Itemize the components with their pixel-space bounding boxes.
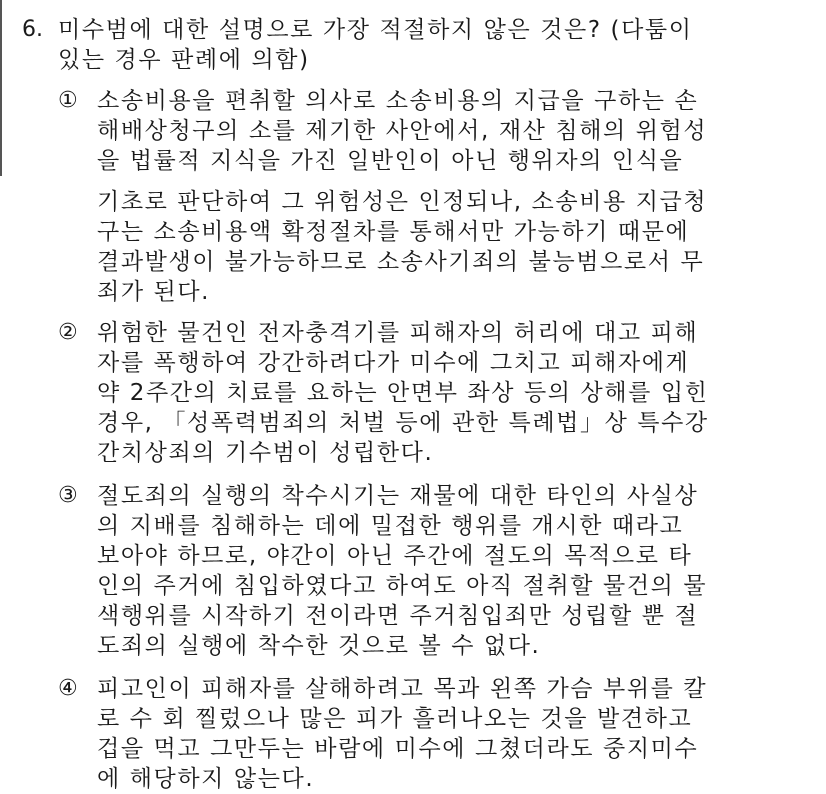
option-2-line: 간치상죄의 기수범이 성립한다. xyxy=(97,438,433,468)
question-number: 6. xyxy=(22,15,43,45)
left-border-rule xyxy=(0,0,2,176)
option-3-line: 색행위를 시작하기 전이라면 주거침입죄만 성립할 뿐 절 xyxy=(97,601,698,631)
option-2-line: 위험한 물건인 전자충격기를 피해자의 허리에 대고 피해 xyxy=(97,318,698,348)
option-1-line: 죄가 된다. xyxy=(97,277,210,307)
option-marker-1: ① xyxy=(58,86,78,116)
option-1-line: 기초로 판단하여 그 위험성은 인정되나, 소송비용 지급청 xyxy=(97,187,707,217)
option-4-line: 에 해당하지 않는다. xyxy=(97,764,314,794)
option-1-line: 소송비용을 편취할 의사로 소송비용의 지급을 구하는 손 xyxy=(97,86,698,116)
option-4-line: 겁을 먹고 그만두는 바람에 미수에 그쳤더라도 중지미수 xyxy=(97,734,698,764)
question-text-line: 미수범에 대한 설명으로 가장 적절하지 않은 것은? (다툼이 xyxy=(58,15,693,45)
option-3-line: 인의 주거에 침입하였다고 하여도 아직 절취할 물건의 물 xyxy=(97,571,707,601)
option-3-line: 보아야 하므로, 야간이 아닌 주간에 절도의 목적으로 타 xyxy=(97,541,692,571)
option-3-line: 의 지배를 침해하는 데에 밀접한 행위를 개시한 때라고 xyxy=(97,511,683,541)
option-4-line: 로 수 회 찔렀으나 많은 피가 흘러나오는 것을 발견하고 xyxy=(97,704,692,734)
option-4-line: 피고인이 피해자를 살해하려고 목과 왼쪽 가슴 부위를 칼 xyxy=(97,674,707,704)
question-text-line: 있는 경우 판례에 의함) xyxy=(58,45,310,75)
option-3-line: 도죄의 실행에 착수한 것으로 볼 수 없다. xyxy=(97,631,540,661)
option-1-line: 구는 소송비용액 확정절차를 통해서만 가능하기 때문에 xyxy=(97,217,689,247)
option-2-line: 자를 폭행하여 강간하려다가 미수에 그치고 피해자에게 xyxy=(97,348,689,378)
option-1-line: 을 법률적 지식을 가진 일반인이 아닌 행위자의 인식을 xyxy=(97,146,683,176)
option-1-line: 결과발생이 불가능하므로 소송사기죄의 불능범으로서 무 xyxy=(97,247,704,277)
option-marker-2: ② xyxy=(58,318,78,348)
option-2-line: 경우, 「성폭력범죄의 처벌 등에 관한 특례법」상 특수강 xyxy=(97,408,709,438)
option-marker-4: ④ xyxy=(58,674,78,704)
option-1-line: 해배상청구의 소를 제기한 사안에서, 재산 침해의 위험성 xyxy=(97,116,707,146)
option-marker-3: ③ xyxy=(58,481,78,511)
option-2-line: 약 2주간의 치료를 요하는 안면부 좌상 등의 상해를 입힌 xyxy=(97,378,709,408)
option-3-line: 절도죄의 실행의 착수시기는 재물에 대한 타인의 사실상 xyxy=(97,481,698,511)
